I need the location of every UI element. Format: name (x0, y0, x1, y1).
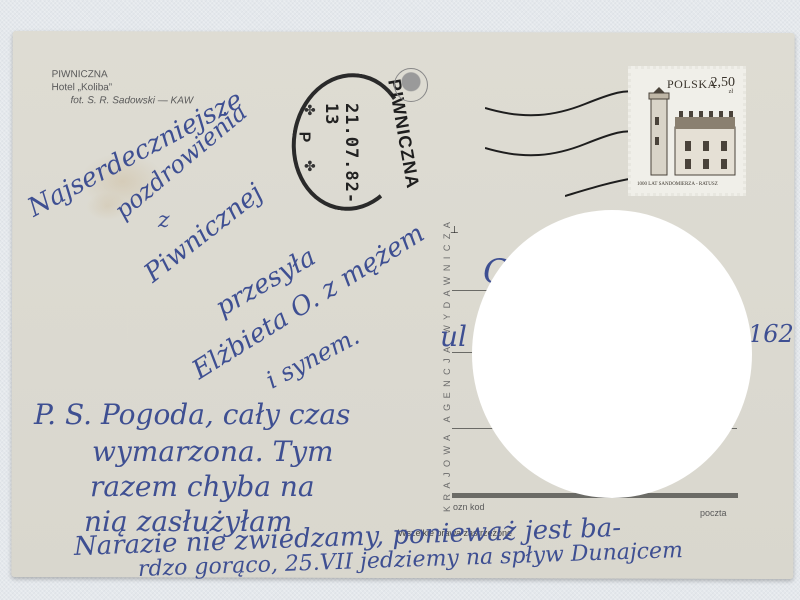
postmark-letter: P (294, 132, 312, 143)
tree-logo-icon (394, 68, 428, 102)
greeting-line: z (158, 208, 170, 233)
clover-icon: ✤ (304, 102, 316, 119)
postcode-label: ozn kod (453, 502, 485, 512)
address-handwritten-2: ul (440, 320, 467, 353)
pin-mark-icon: ⊥ (450, 225, 459, 236)
ps-line: razem chyba na (90, 470, 315, 503)
caption-hotel: Hotel „Koliba” (52, 81, 194, 94)
address-handwritten-number: 162 (748, 320, 794, 348)
postage-stamp: POLSKA 2,50 zł 1000 LAT SANDOMIERZA - RA… (628, 66, 746, 196)
ps-line: P. S. Pogoda, cały czas (34, 398, 350, 431)
clover-icon: ✤ (304, 158, 316, 175)
stamp-caption: 1000 LAT SANDOMIERZA - RATUSZ (637, 182, 718, 187)
postmark-date: 21.07.82-13 (321, 103, 361, 193)
caption-location: PIWNICZNA (52, 68, 194, 81)
town-hall-illustration (645, 87, 741, 179)
ps-line: wymarzona. Tym (92, 435, 334, 468)
post-office-label: poczta (700, 508, 727, 518)
printed-caption: PIWNICZNA Hotel „Koliba” fot. S. R. Sado… (52, 68, 194, 107)
redaction-circle (472, 210, 752, 498)
cancellation-wave (485, 88, 635, 128)
caption-photo-credit: fot. S. R. Sadowski — KAW (52, 94, 194, 107)
cancellation-wave (485, 128, 635, 168)
cancellation-wave (565, 168, 635, 208)
